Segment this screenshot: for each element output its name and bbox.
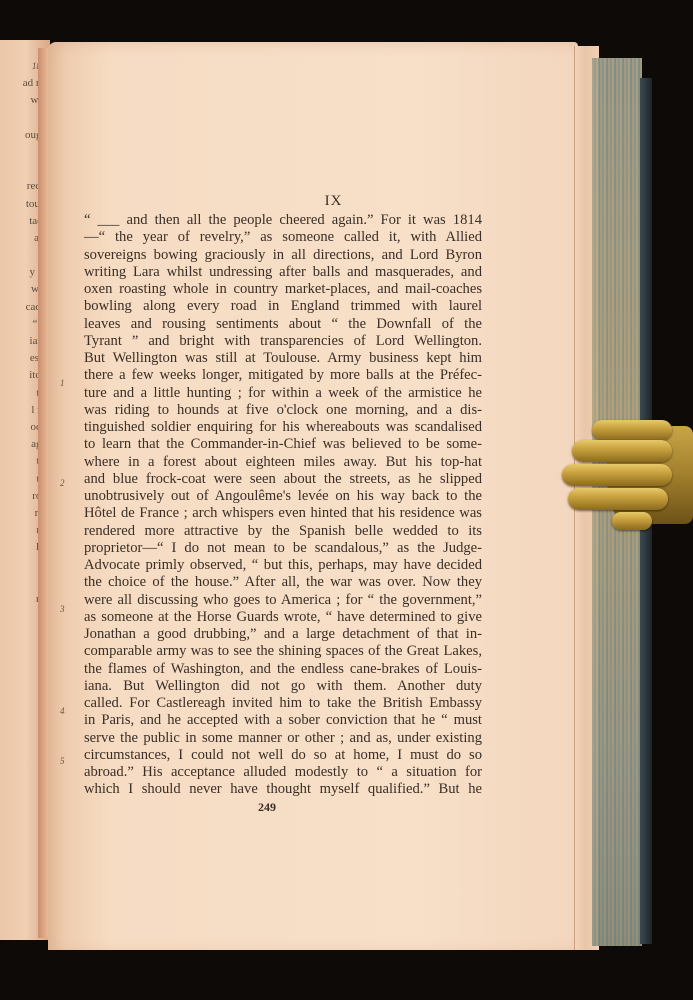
text-line: Hôtel de France ; arch whispers even hin… (84, 505, 482, 522)
chapter-heading: IX (0, 193, 693, 210)
hand-finger (562, 464, 672, 486)
text-line: “ ___ and then all the people cheered ag… (84, 212, 482, 229)
text-line: unobtrusively out of Angoulême's levée o… (84, 488, 482, 505)
chapter-numeral: IX (325, 193, 343, 209)
text-line: leaves and rousing sentiments about “ th… (84, 316, 482, 333)
text-line: comparable army was to see the shining s… (84, 643, 482, 660)
hand-thumb (612, 512, 652, 530)
brass-hand-icon (558, 418, 693, 530)
text-line: in Paris, and he accepted with a sober c… (84, 712, 482, 729)
text-line: Tyrant ” and bright with transparencies … (84, 333, 482, 350)
text-line: the choice of the house.” After all, the… (84, 574, 482, 591)
text-line: there a few weeks longer, mitigated by m… (84, 367, 482, 384)
body-text: “ ___ and then all the people cheered ag… (84, 212, 482, 799)
text-line: oxen roasting whole in country market-pl… (84, 281, 482, 298)
text-line: tinguished soldier enquiring for his whe… (84, 419, 482, 436)
text-line: But Wellington was still at Toulouse. Ar… (84, 350, 482, 367)
text-line: called. For Castlereagh invited him to t… (84, 695, 482, 712)
page-number: 249 (258, 800, 276, 815)
text-line: abroad.” His acceptance alluded modestly… (84, 764, 482, 781)
background-bottom (0, 950, 693, 1000)
text-line: rendered more attractive by the Spanish … (84, 523, 482, 540)
text-line: proprietor—“ I do not mean to be scandal… (84, 540, 482, 557)
text-line: sovereigns bowing graciously in all dire… (84, 247, 482, 264)
text-line: Advocate primly observed, “ but this, pe… (84, 557, 482, 574)
text-line: iana. But Wellington did not go with the… (84, 678, 482, 695)
text-line: writing Lara whilst undressing after bal… (84, 264, 482, 281)
text-line: ture and a little hunting ; for within a… (84, 385, 482, 402)
text-line: the flames of Washington, and the endles… (84, 661, 482, 678)
text-line: —“ the year of revelry,” as someone call… (84, 229, 482, 246)
text-line: which I should never have thought myself… (84, 781, 482, 798)
text-line: as someone at the Horse Guards wrote, “ … (84, 609, 482, 626)
hand-finger (568, 488, 668, 510)
hand-finger (572, 440, 672, 462)
hand-finger (592, 420, 672, 440)
margin-note: 3 (60, 604, 65, 614)
margin-note: 4 (60, 706, 65, 716)
text-line: to learn that the Commander-in-Chief was… (84, 436, 482, 453)
text-line: was riding to hounds at five o'clock one… (84, 402, 482, 419)
text-line: circumstances, I could not well do so at… (84, 747, 482, 764)
text-line: where in a forest about eighteen miles a… (84, 454, 482, 471)
text-line: and blue frock-coat were seen about the … (84, 471, 482, 488)
margin-note: 2 (60, 478, 65, 488)
margin-note: 5 (60, 756, 65, 766)
text-line: serve the public in some manner or other… (84, 730, 482, 747)
text-line: Jonathan a good drubbing,” and a large d… (84, 626, 482, 643)
margin-note: 1 (60, 378, 65, 388)
text-line: were all discussing who goes to America … (84, 592, 482, 609)
text-line: bowling along every road in England trim… (84, 298, 482, 315)
